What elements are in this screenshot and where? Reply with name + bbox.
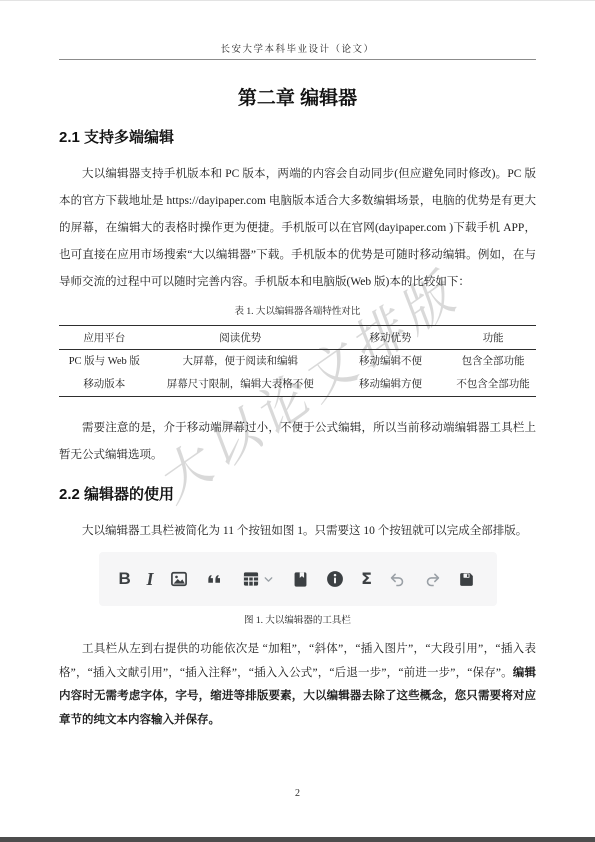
chapter-title: 第二章 编辑器 [59,84,536,114]
redo-icon [423,570,442,589]
table-cell: 移动编辑方便 [331,373,450,397]
paragraph-formula-note: 需要注意的是，介于移动端屏幕过小，不便于公式编辑，所以当前移动端编辑器工具栏上暂… [59,415,536,469]
page-bottom-edge [0,837,595,842]
table-cell: 移动版本 [59,373,150,397]
paragraph-toolbar-intro: 大以编辑器工具栏被简化为 11 个按钮如图 1。只需要这 10 个按钮就可以完成… [59,518,536,544]
table-header-reading: 阅读优势 [150,326,331,350]
document-page: 长安大学本科毕业设计（论文） 大以论文排版 第二章 编辑器 2.1 支持多端编辑… [0,0,595,842]
page-content: 第二章 编辑器 2.1 支持多端编辑 大以编辑器支持手机版本和 PC 版本，两端… [59,84,536,732]
paragraph-toolbar-functions-normal: 工具栏从左到右提供的功能依次是 “加粗”，“斜体”，“插入图片”，“大段引用”，… [59,643,536,679]
chevron-down-icon [262,573,275,586]
comparison-table: 应用平台 阅读优势 移动优势 功能 PC 版与 Web 版 大屏幕，便于阅读和编… [59,325,536,397]
bold-icon: B [119,570,131,588]
table-header-mobility: 移动优势 [331,326,450,350]
table-cell: 大屏幕，便于阅读和编辑 [150,350,331,374]
page-top-edge [0,0,595,1]
italic-icon: I [147,570,154,588]
undo-icon [388,570,407,589]
table-cell: PC 版与 Web 版 [59,350,150,374]
toolbar-figure: B I [59,552,536,628]
table-cell: 不包含全部功能 [450,373,536,397]
table-header-features: 功能 [450,326,536,350]
table-caption: 表 1. 大以编辑器各端特性对比 [59,306,536,319]
header-rule [59,59,536,60]
editor-toolbar-image: B I [99,552,497,606]
table-icon [241,569,261,589]
section-heading-2-1: 2.1 支持多端编辑 [59,128,536,148]
paragraph-toolbar-functions: 工具栏从左到右提供的功能依次是 “加粗”，“斜体”，“插入图片”，“大段引用”，… [59,638,536,732]
table-header-row: 应用平台 阅读优势 移动优势 功能 [59,326,536,350]
table-header-platform: 应用平台 [59,326,150,350]
citation-icon [291,570,310,589]
page-number: 2 [0,788,595,799]
table-cell: 移动编辑不便 [331,350,450,374]
image-icon [169,569,189,589]
table-cell: 屏幕尺寸限制，编辑大表格不便 [150,373,331,397]
table-cell: 包含全部功能 [450,350,536,374]
save-icon [457,570,476,589]
table-insert-group [241,569,275,589]
figure-caption: 图 1. 大以编辑器的工具栏 [59,615,536,628]
blockquote-icon [205,569,225,589]
table-row: PC 版与 Web 版 大屏幕，便于阅读和编辑 移动编辑不便 包含全部功能 [59,350,536,374]
table-row: 移动版本 屏幕尺寸限制，编辑大表格不便 移动编辑方便 不包含全部功能 [59,373,536,397]
running-header: 长安大学本科毕业设计（论文） [0,41,595,55]
info-icon [325,569,345,589]
paragraph-multi-platform: 大以编辑器支持手机版本和 PC 版本，两端的内容会自动同步(但应避免同时修改)。… [59,161,536,296]
formula-icon: Σ [361,570,372,588]
section-heading-2-2: 2.2 编辑器的使用 [59,485,536,505]
